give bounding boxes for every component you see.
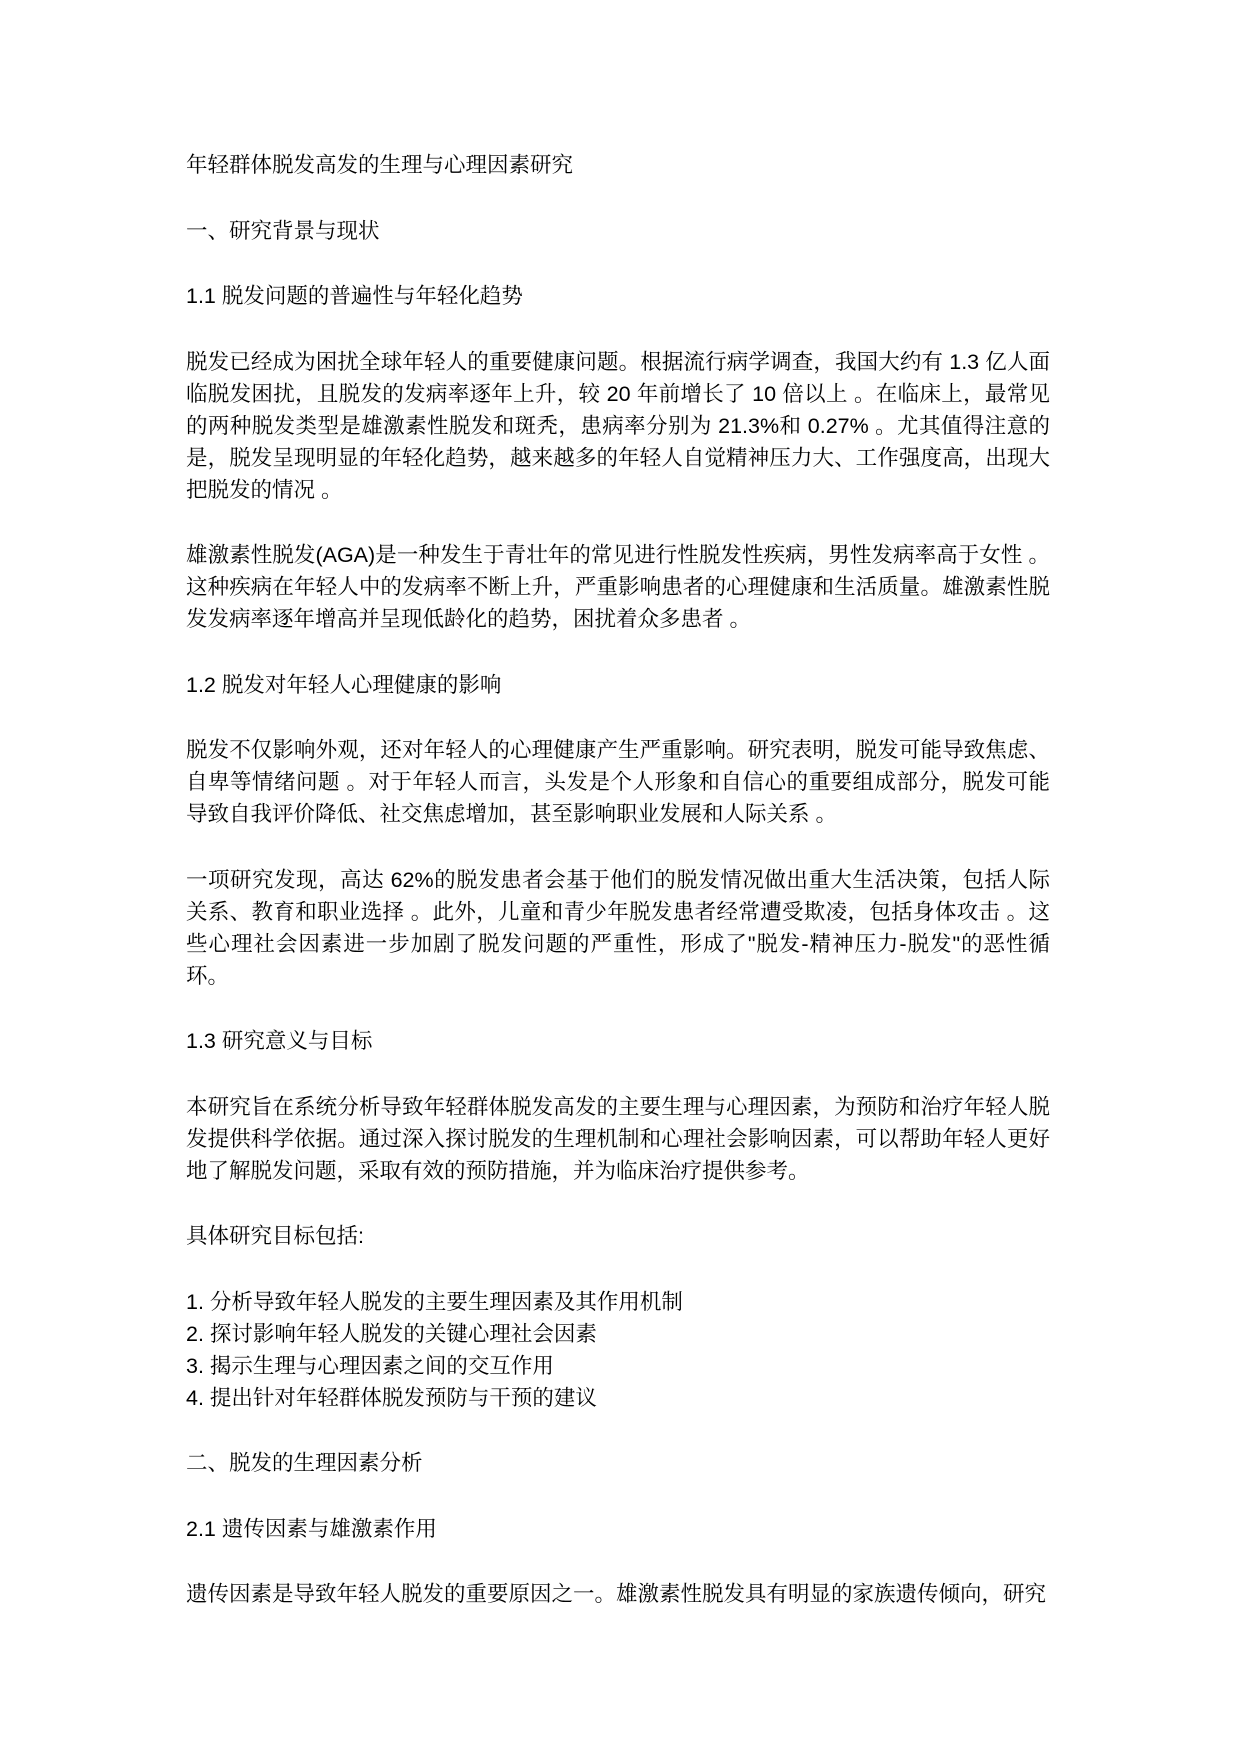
paragraph-prevalence-overview: 脱发已经成为困扰全球年轻人的重要健康问题。根据流行病学调查，我国大约有 1.3 … — [186, 346, 1050, 506]
subsection-1-2-heading: 1.2 脱发对年轻人心理健康的影响 — [186, 669, 1050, 701]
goal-item-3: 3. 揭示生理与心理因素之间的交互作用 — [186, 1350, 1050, 1382]
goal-item-4: 4. 提出针对年轻群体脱发预防与干预的建议 — [186, 1382, 1050, 1414]
subsection-1-1-heading: 1.1 脱发问题的普遍性与年轻化趋势 — [186, 280, 1050, 312]
document-title: 年轻群体脱发高发的生理与心理因素研究 — [186, 149, 1050, 181]
section-2-heading: 二、脱发的生理因素分析 — [186, 1447, 1050, 1479]
paragraph-research-significance: 本研究旨在系统分析导致年轻群体脱发高发的主要生理与心理因素，为预防和治疗年轻人脱… — [186, 1091, 1050, 1187]
paragraph-genetic-factors: 遗传因素是导致年轻人脱发的重要原因之一。雄激素性脱发具有明显的家族遗传倾向，研究 — [186, 1578, 1050, 1610]
document-page: 年轻群体脱发高发的生理与心理因素研究 一、研究背景与现状 1.1 脱发问题的普遍… — [0, 0, 1240, 1752]
paragraph-aga-overview: 雄激素性脱发(AGA)是一种发生于青壮年的常见进行性脱发性疾病，男性发病率高于女… — [186, 539, 1050, 635]
subsection-1-3-heading: 1.3 研究意义与目标 — [186, 1025, 1050, 1057]
goal-item-2: 2. 探讨影响年轻人脱发的关键心理社会因素 — [186, 1318, 1050, 1350]
goal-item-1: 1. 分析导致年轻人脱发的主要生理因素及其作用机制 — [186, 1286, 1050, 1318]
section-1-heading: 一、研究背景与现状 — [186, 215, 1050, 247]
research-goals-list: 1. 分析导致年轻人脱发的主要生理因素及其作用机制 2. 探讨影响年轻人脱发的关… — [186, 1286, 1050, 1414]
subsection-2-1-heading: 2.1 遗传因素与雄激素作用 — [186, 1513, 1050, 1545]
paragraph-psych-impact: 脱发不仅影响外观，还对年轻人的心理健康产生严重影响。研究表明，脱发可能导致焦虑、… — [186, 734, 1050, 830]
goals-lead-text: 具体研究目标包括: — [186, 1220, 1050, 1252]
paragraph-psych-study-62: 一项研究发现，高达 62%的脱发患者会基于他们的脱发情况做出重大生活决策，包括人… — [186, 864, 1050, 992]
